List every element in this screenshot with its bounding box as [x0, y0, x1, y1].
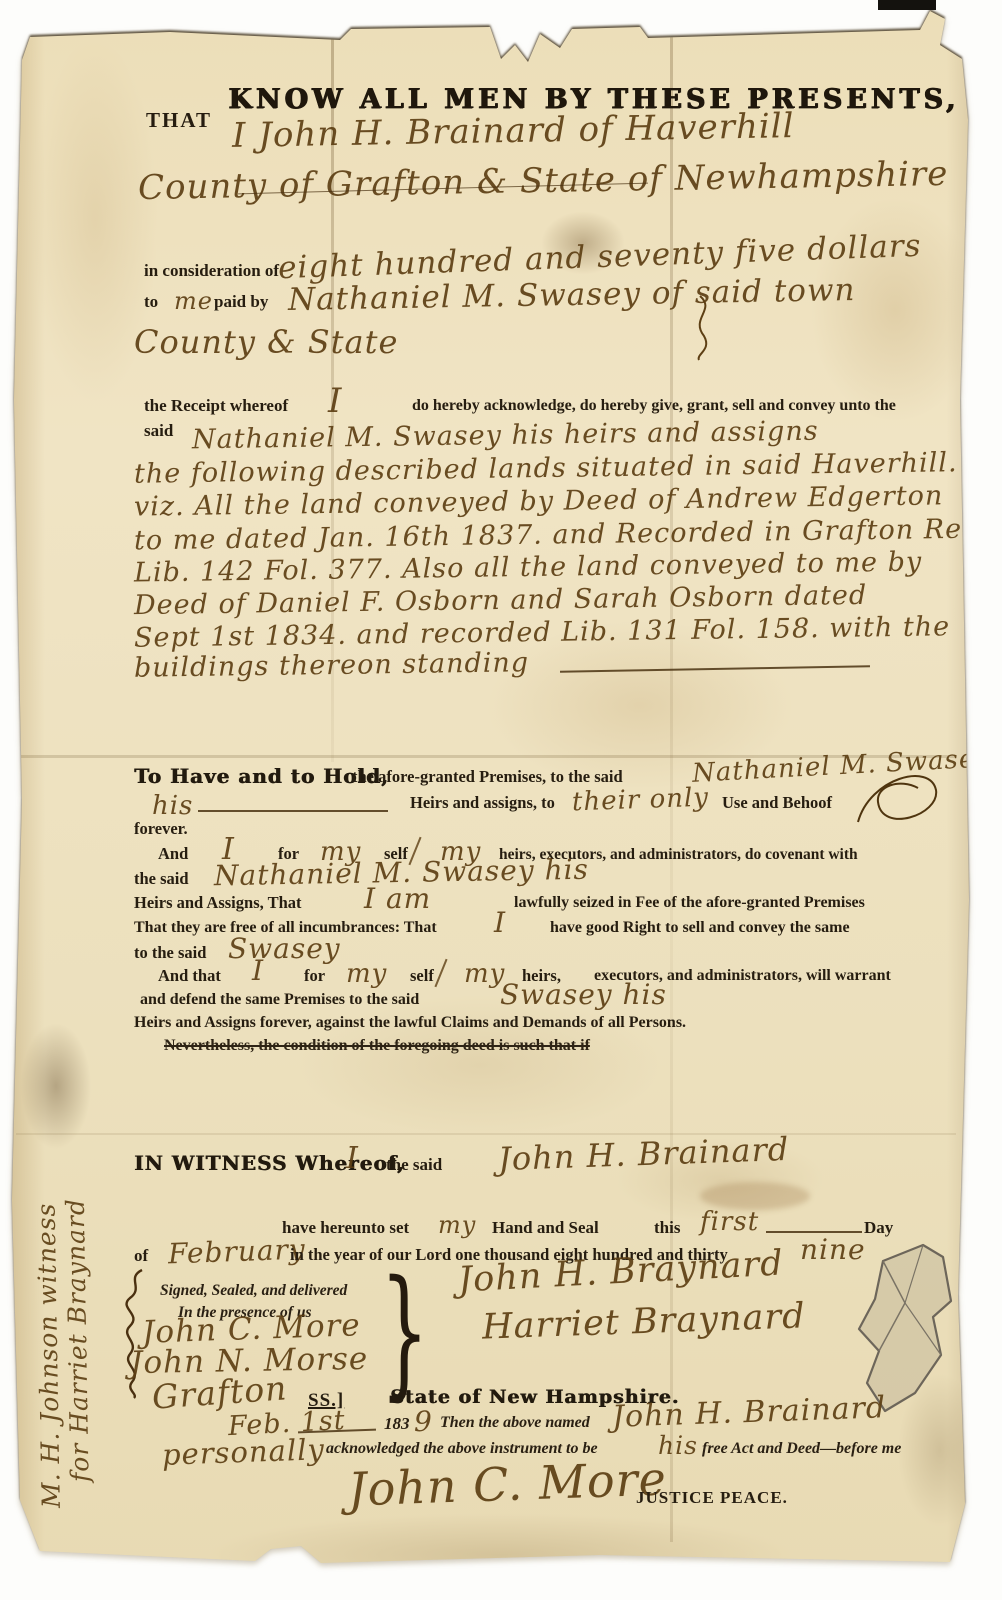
- handwritten-payer: Nathaniel M. Swasey of said town: [288, 273, 856, 319]
- covenant-good-right: have good Right to sell and convey the s…: [550, 919, 850, 937]
- covenant-defend: and defend the same Premises to the said: [140, 991, 419, 1009]
- covenant-self2: self: [410, 967, 434, 986]
- ink-stroke: [434, 959, 447, 988]
- ink-flourish: [688, 292, 718, 362]
- witness-day-label: Day: [864, 1218, 893, 1238]
- handwritten-my: my: [438, 1212, 476, 1240]
- then-named-label: Then the above named: [440, 1414, 590, 1432]
- covenant-the-said: the said: [134, 870, 189, 889]
- habendum-forever: forever.: [134, 820, 188, 839]
- covenant-and-that: And that: [158, 967, 221, 986]
- handwritten-harriet-signature: Harriet Braynard: [481, 1296, 806, 1348]
- year-prefix: 183: [384, 1414, 410, 1434]
- covenant-to-the-said: to the said: [134, 944, 206, 963]
- receipt-said-label: said: [144, 421, 173, 441]
- handwritten-swasey-his: Swasey his: [500, 979, 667, 1011]
- witness-the-said: the said: [386, 1155, 442, 1175]
- handwritten-his: his: [152, 792, 193, 822]
- handwritten-grantee-habendum: Nathaniel M. Swasey: [691, 744, 991, 790]
- covenant-seized: lawfully seized in Fee of the afore-gran…: [514, 894, 865, 912]
- covenant-for2: for: [304, 967, 325, 986]
- margin-note: M. H. Johnson witness for Harriet Brayna…: [34, 1068, 92, 1508]
- witness-this: this: [654, 1218, 680, 1238]
- paper-sheet: KNOW ALL MEN BY THESE PRESENTS, THAT I J…: [0, 0, 1002, 1600]
- habendum-premises: the afore-granted Premises, to the said: [352, 768, 623, 787]
- handwritten-i: I: [494, 907, 506, 939]
- witness-heading: IN WITNESS Whereof,: [134, 1152, 405, 1175]
- handwritten-me: me: [174, 288, 213, 316]
- witness-hand-seal: Hand and Seal: [492, 1218, 599, 1238]
- free-act-label: free Act and Deed—before me: [702, 1440, 901, 1458]
- handwritten-description-line: buildings thereon standing: [134, 647, 529, 684]
- handwritten-my: my: [346, 960, 387, 990]
- handwritten-description-line: Nathaniel M. Swasey his heirs and assign…: [192, 416, 819, 456]
- habendum-heading: To Have and to Hold,: [134, 765, 389, 788]
- handwritten-day-word: first: [700, 1208, 759, 1238]
- handwritten-grantor-name: John H. Brainard: [497, 1131, 789, 1178]
- justice-peace-label: JUSTICE PEACE.: [636, 1488, 788, 1508]
- fold-crease-horizontal-lower: [16, 1133, 956, 1135]
- handwritten-swasey: Swasey: [228, 933, 341, 965]
- scan-artifact-bar: [878, 0, 936, 10]
- handwritten-named-person: John H. Brainard: [611, 1391, 886, 1435]
- handwritten-year-digit: 9: [414, 1406, 433, 1438]
- covenant-and: And: [158, 845, 188, 864]
- paid-by-label: paid by: [214, 292, 268, 312]
- margin-note-line2: for Harriet Braynard: [59, 1068, 95, 1482]
- handwritten-county-state-line: County of Grafton & State of Newhampshir…: [138, 155, 949, 208]
- receipt-acknowledge: do hereby acknowledge, do hereby give, g…: [412, 397, 896, 415]
- ink-dash: [198, 810, 388, 812]
- witness-of: of: [134, 1246, 148, 1266]
- habendum-heirs: Heirs and assigns, to: [410, 794, 555, 813]
- handwritten-i-am: I am: [364, 883, 431, 915]
- handwritten-personally: personally: [161, 1433, 325, 1472]
- covenant-heirs-that: Heirs and Assigns, That: [134, 894, 302, 913]
- erased-ink-smudge: [700, 1182, 810, 1210]
- handwritten-i: I: [252, 955, 264, 987]
- to-label: to: [144, 292, 158, 312]
- handwritten-justice-signature: John C. More: [347, 1452, 667, 1516]
- handwritten-i: I: [346, 1142, 359, 1177]
- handwritten-grantor-line: I John H. Brainard of Haverhill: [232, 107, 795, 156]
- opening-that-label: THAT: [146, 108, 212, 132]
- ink-loop-flourish: [852, 760, 942, 835]
- scanned-deed-document: KNOW ALL MEN BY THESE PRESENTS, THAT I J…: [0, 0, 1002, 1600]
- struck-condition-clause: Nevertheless, the condition of the foreg…: [164, 1037, 590, 1055]
- receipt-lead: the Receipt whereof: [144, 396, 288, 416]
- handwritten-county-state: County & State: [134, 324, 398, 361]
- consideration-label: in consideration of: [144, 261, 279, 281]
- covenant-against: Heirs and Assigns forever, against the l…: [134, 1014, 686, 1032]
- handwritten-their-only: their only: [572, 784, 710, 819]
- attestation-line1: Signed, Sealed, and delivered: [160, 1282, 347, 1300]
- handwritten-month: February: [167, 1234, 306, 1271]
- handwritten-i-1: I: [328, 382, 342, 421]
- habendum-use-behoof: Use and Behoof: [722, 794, 832, 813]
- ink-dash: [560, 665, 870, 672]
